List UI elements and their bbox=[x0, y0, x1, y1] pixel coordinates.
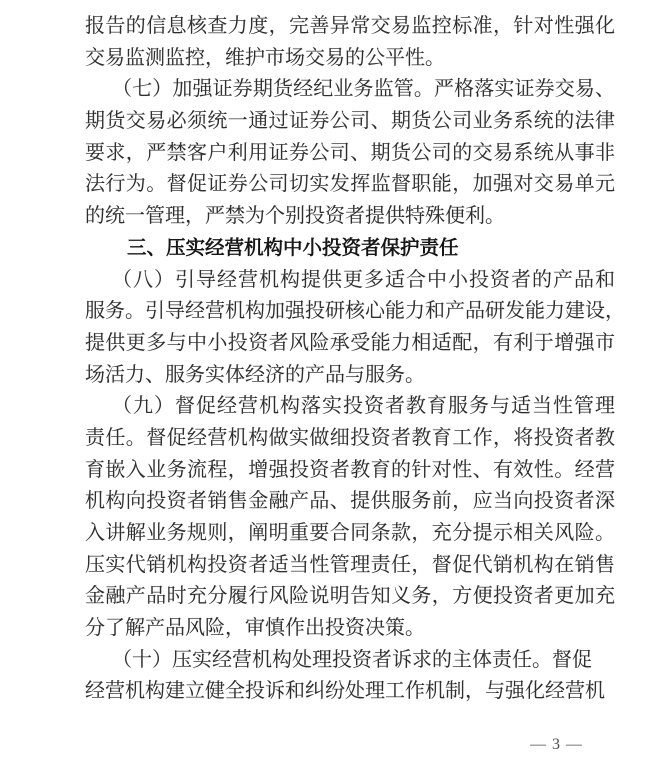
text-line: 压实代销机构投资者适当性管理责任，督促代销机构在销售 bbox=[85, 550, 615, 582]
text-line: 的统一管理，严禁为个别投资者提供特殊便利。 bbox=[85, 201, 615, 233]
text-line: 机构向投资者销售金融产品、提供服务前，应当向投资者深 bbox=[85, 486, 615, 518]
section-heading: 三、压实经营机构中小投资者保护责任 bbox=[85, 233, 615, 265]
text-line: 场活力、服务实体经济的产品与服务。 bbox=[85, 360, 615, 392]
text-line: 入讲解业务规则，阐明重要合同条款，充分提示相关风险。 bbox=[85, 518, 615, 550]
document-page: 报告的信息核查力度，完善异常交易监控标准，针对性强化 交易监测监控，维护市场交易… bbox=[0, 0, 669, 761]
text-line-item-9-start: （九）督促经营机构落实投资者教育服务与适当性管理 bbox=[85, 391, 615, 423]
text-line: 金融产品时充分履行风险说明告知义务，方便投资者更加充 bbox=[85, 581, 615, 613]
text-line: 交易监测监控，维护市场交易的公平性。 bbox=[85, 43, 615, 75]
text-line: 服务。引导经营机构加强投研核心能力和产品研发能力建设， bbox=[85, 296, 615, 328]
text-line-item-7-start: （七）加强证券期货经纪业务监管。严格落实证券交易、 bbox=[85, 74, 615, 106]
document-body: 报告的信息核查力度，完善异常交易监控标准，针对性强化 交易监测监控，维护市场交易… bbox=[85, 11, 615, 708]
text-line-item-8-start: （八）引导经营机构提供更多适合中小投资者的产品和 bbox=[85, 265, 615, 297]
text-line: 分了解产品风险，审慎作出投资决策。 bbox=[85, 613, 615, 645]
text-line: 经营机构建立健全投诉和纠纷处理工作机制，与强化经营机 bbox=[85, 676, 615, 708]
text-line: 要求，严禁客户利用证券公司、期货公司的交易系统从事非 bbox=[85, 138, 615, 170]
text-line: 法行为。督促证券公司切实发挥监督职能，加强对交易单元 bbox=[85, 169, 615, 201]
text-line: 育嵌入业务流程，增强投资者教育的针对性、有效性。经营 bbox=[85, 455, 615, 487]
text-line-item-10-start: （十）压实经营机构处理投资者诉求的主体责任。督促 bbox=[85, 645, 615, 677]
text-line: 报告的信息核查力度，完善异常交易监控标准，针对性强化 bbox=[85, 11, 615, 43]
page-number: — 3 — bbox=[530, 734, 583, 756]
text-line: 期货交易必须统一通过证券公司、期货公司业务系统的法律 bbox=[85, 106, 615, 138]
text-line: 提供更多与中小投资者风险承受能力相适配，有利于增强市 bbox=[85, 328, 615, 360]
text-line: 责任。督促经营机构做实做细投资者教育工作，将投资者教 bbox=[85, 423, 615, 455]
